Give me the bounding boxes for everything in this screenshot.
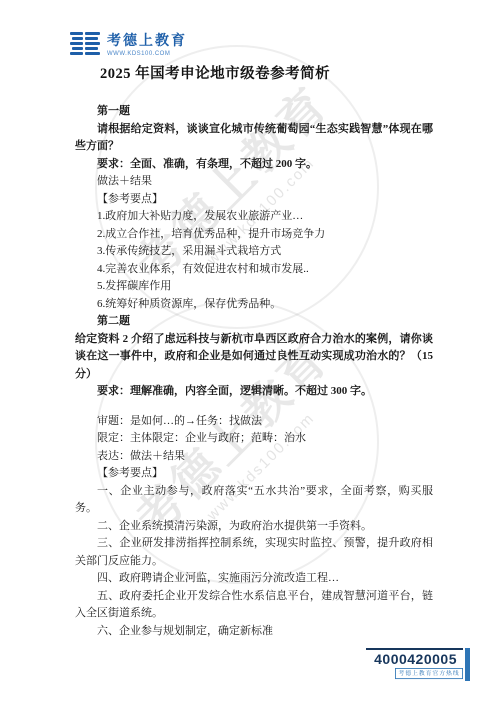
question2-analysis-line: 表达：做法＋结果: [75, 448, 433, 466]
brand-name: 考德上教育: [107, 30, 187, 50]
question1-point: 3.传承传统技艺，采用漏斗式栽培方式: [75, 243, 433, 261]
question1-point: 2.成立合作社，培育优秀品种，提升市场竞争力: [75, 226, 433, 244]
question2-analysis-line: 限定：主体限定：企业与政府；范畴：治水: [75, 430, 433, 448]
question1-point: 1.政府加大补贴力度，发展农业旅游产业…: [75, 208, 433, 226]
question2-points-list: 一、企业主动参与，政府落实“五水共治”要求，全面考察，购买服务。二、企业系统摸清…: [75, 483, 433, 641]
hotline-badge: 4000420005 考德上教育官方热线: [366, 648, 470, 681]
question2-requirement: 要求：理解准确，内容全面，逻辑清晰。不超过 300 字。: [75, 383, 433, 401]
question2-points-heading: 【参考要点】: [75, 465, 433, 483]
question2-point: 四、政府聘请企业河监，实施雨污分流改造工程…: [75, 570, 433, 588]
question2-point: 三、企业研发排涝指挥控制系统，实现实时监控、预警，提升政府相关部门反应能力。: [75, 535, 433, 570]
question2-prompt: 给定资料 2 介绍了虑远科技与新杭市阜西区政府合力治水的案例，请你谈谈在这一事件…: [75, 331, 433, 384]
hotline-caption: 考德上教育官方热线: [395, 668, 463, 679]
question1-point: 5.发挥碳库作用: [75, 278, 433, 296]
question2-analysis-list: 审题：是如何…的→任务：找做法限定：主体限定：企业与政府；范畴：治水表达：做法＋…: [75, 413, 433, 466]
document-body: 第一题 请根据给定资料，谈谈宣化城市传统葡萄园“生态实践智慧”体现在哪些方面？ …: [0, 103, 500, 640]
question2-point: 五、政府委托企业开发综合性水系信息平台，建成智慧河道平台，链入全区街道系统。: [75, 588, 433, 623]
hotline-phone-number: 4000420005: [366, 648, 463, 668]
question2-analysis-line: 审题：是如何…的→任务：找做法: [75, 413, 433, 431]
question2-point: 六、企业参与规划制定，确定新标准: [75, 623, 433, 641]
question2-heading: 第二题: [75, 313, 433, 331]
question1-point: 4.完善农业体系，有效促进农村和城市发展..: [75, 261, 433, 279]
question2-point: 二、企业系统摸清污染源，为政府治水提供第一手资料。: [75, 518, 433, 536]
brand-logo: 考德上教育 WWW.KDS100.COM: [70, 30, 187, 57]
question2-point: 一、企业主动参与，政府落实“五水共治”要求，全面考察，购买服务。: [75, 483, 433, 518]
document-page: 考德上教育 www.kds100.com 考德上教育 www.kds100.co…: [0, 0, 500, 707]
question1-points-heading: 【参考要点】: [75, 191, 433, 209]
brand-logo-icon: [70, 31, 100, 56]
brand-website: WWW.KDS100.COM: [107, 51, 187, 57]
question1-point: 6.统筹好种质资源库，保存优秀品种。: [75, 296, 433, 314]
question1-prompt: 请根据给定资料，谈谈宣化城市传统葡萄园“生态实践智慧”体现在哪些方面？: [75, 121, 433, 156]
question1-points-list: 1.政府加大补贴力度，发展农业旅游产业…2.成立合作社，培育优秀品种，提升市场竞…: [75, 208, 433, 313]
question1-method: 做法＋结果: [75, 173, 433, 191]
page-title: 2025 年国考申论地市级卷参考简析: [100, 62, 330, 83]
question1-requirement: 要求：全面、准确，有条理，不超过 200 字。: [75, 156, 433, 174]
question1-heading: 第一题: [75, 103, 433, 121]
hotline-accent-bar: [465, 648, 470, 681]
